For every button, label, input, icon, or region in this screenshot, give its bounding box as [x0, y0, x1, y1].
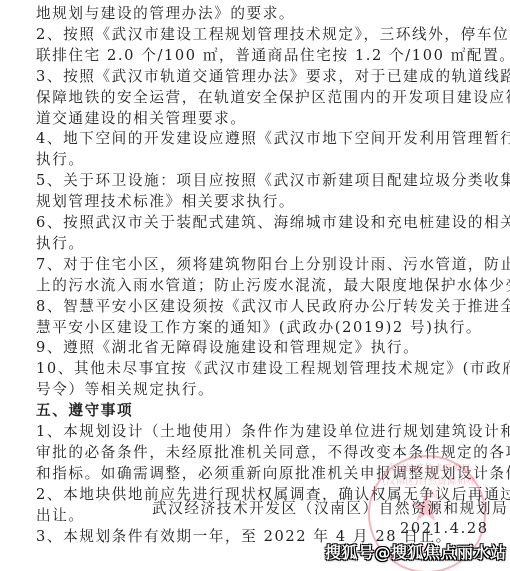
text-line: 3、按照《武汉市轨道交通管理办法》要求，对于已建成的轨道线路，为	[36, 69, 486, 85]
text-line: 执行。	[36, 152, 486, 168]
text-line: 慧平安小区建设工作方案的通知》(武政办(2019)2 号)执行。	[36, 320, 486, 336]
text-line: 保障地铁的安全运营，在轨道安全保护区范围内的开发项目建设应符合轨	[36, 90, 486, 106]
text-line: 号令）等相关规定执行。	[36, 382, 486, 398]
watermark: 搜狐号@搜狐焦点丽水站	[325, 540, 507, 563]
document-page: 地规划与建设的管理办法》的要求。2、按照《武汉市建设工程规划管理技术规定》，三环…	[0, 0, 510, 571]
text-line: 地规划与建设的管理办法》的要求。	[36, 6, 486, 22]
text-line: 4、地下空间的开发建设应遵照《武汉市地下空间开发利用管理暂行规定》	[36, 131, 486, 147]
text-line: 道交通建设的相关管理要求。	[36, 111, 486, 127]
text-line: 10、其他未尽事宜按《武汉市建设工程规划管理技术规定》(市政府 248	[36, 361, 486, 377]
text-line: 9、遵照《湖北省无障碍设施建设和管理规定》执行。	[36, 340, 486, 356]
text-line: 8、智慧平安小区建设须按《武汉市人民政府办公厅转发关于推进全市智	[36, 299, 486, 315]
text-line: 上的污水流入雨水管道；防止污废水混流，最大限度地保护水体少受污染。	[36, 278, 486, 294]
issuer-name: 武汉经济技术开发区（汉南区）自然资源和规划局	[152, 497, 508, 518]
section-heading: 五、遵守事项	[36, 403, 486, 419]
text-line: 规划管理技术标准》相关要求执行。	[36, 194, 486, 210]
text-line: 2、按照《武汉市建设工程规划管理技术规定》，三环线外，停车位按低层	[36, 27, 486, 43]
text-line: 7、对于住宅小区，须将建筑物阳台上分别设计雨、污水管道，防止阳台	[36, 257, 486, 273]
issue-date: 2021.4.28	[400, 520, 489, 537]
text-line: 执行。	[36, 236, 486, 252]
text-line: 5、关于环卫设施：项目应按照《武汉市新建项目配建垃圾分类收集屋(站)	[36, 173, 486, 189]
text-line: 6、按照武汉市关于装配式建筑、海绵城市建设和充电桩建设的相关文件	[36, 215, 486, 231]
text-line: 和指标。如确需调整，必须重新向原批准机关申报调整规划设计条件。	[36, 466, 486, 482]
text-line: 审批的必备条件，未经原批准机关同意，不得改变本条件规定的各项要求	[36, 445, 486, 461]
text-line: 1、本规划设计（土地使用）条件作为建设单位进行规划建筑设计和土地	[36, 424, 486, 440]
text-line: 联排住宅 2.0 个/100 ㎡，普通商品住宅按 1.2 个/100 ㎡配置。	[36, 48, 486, 64]
